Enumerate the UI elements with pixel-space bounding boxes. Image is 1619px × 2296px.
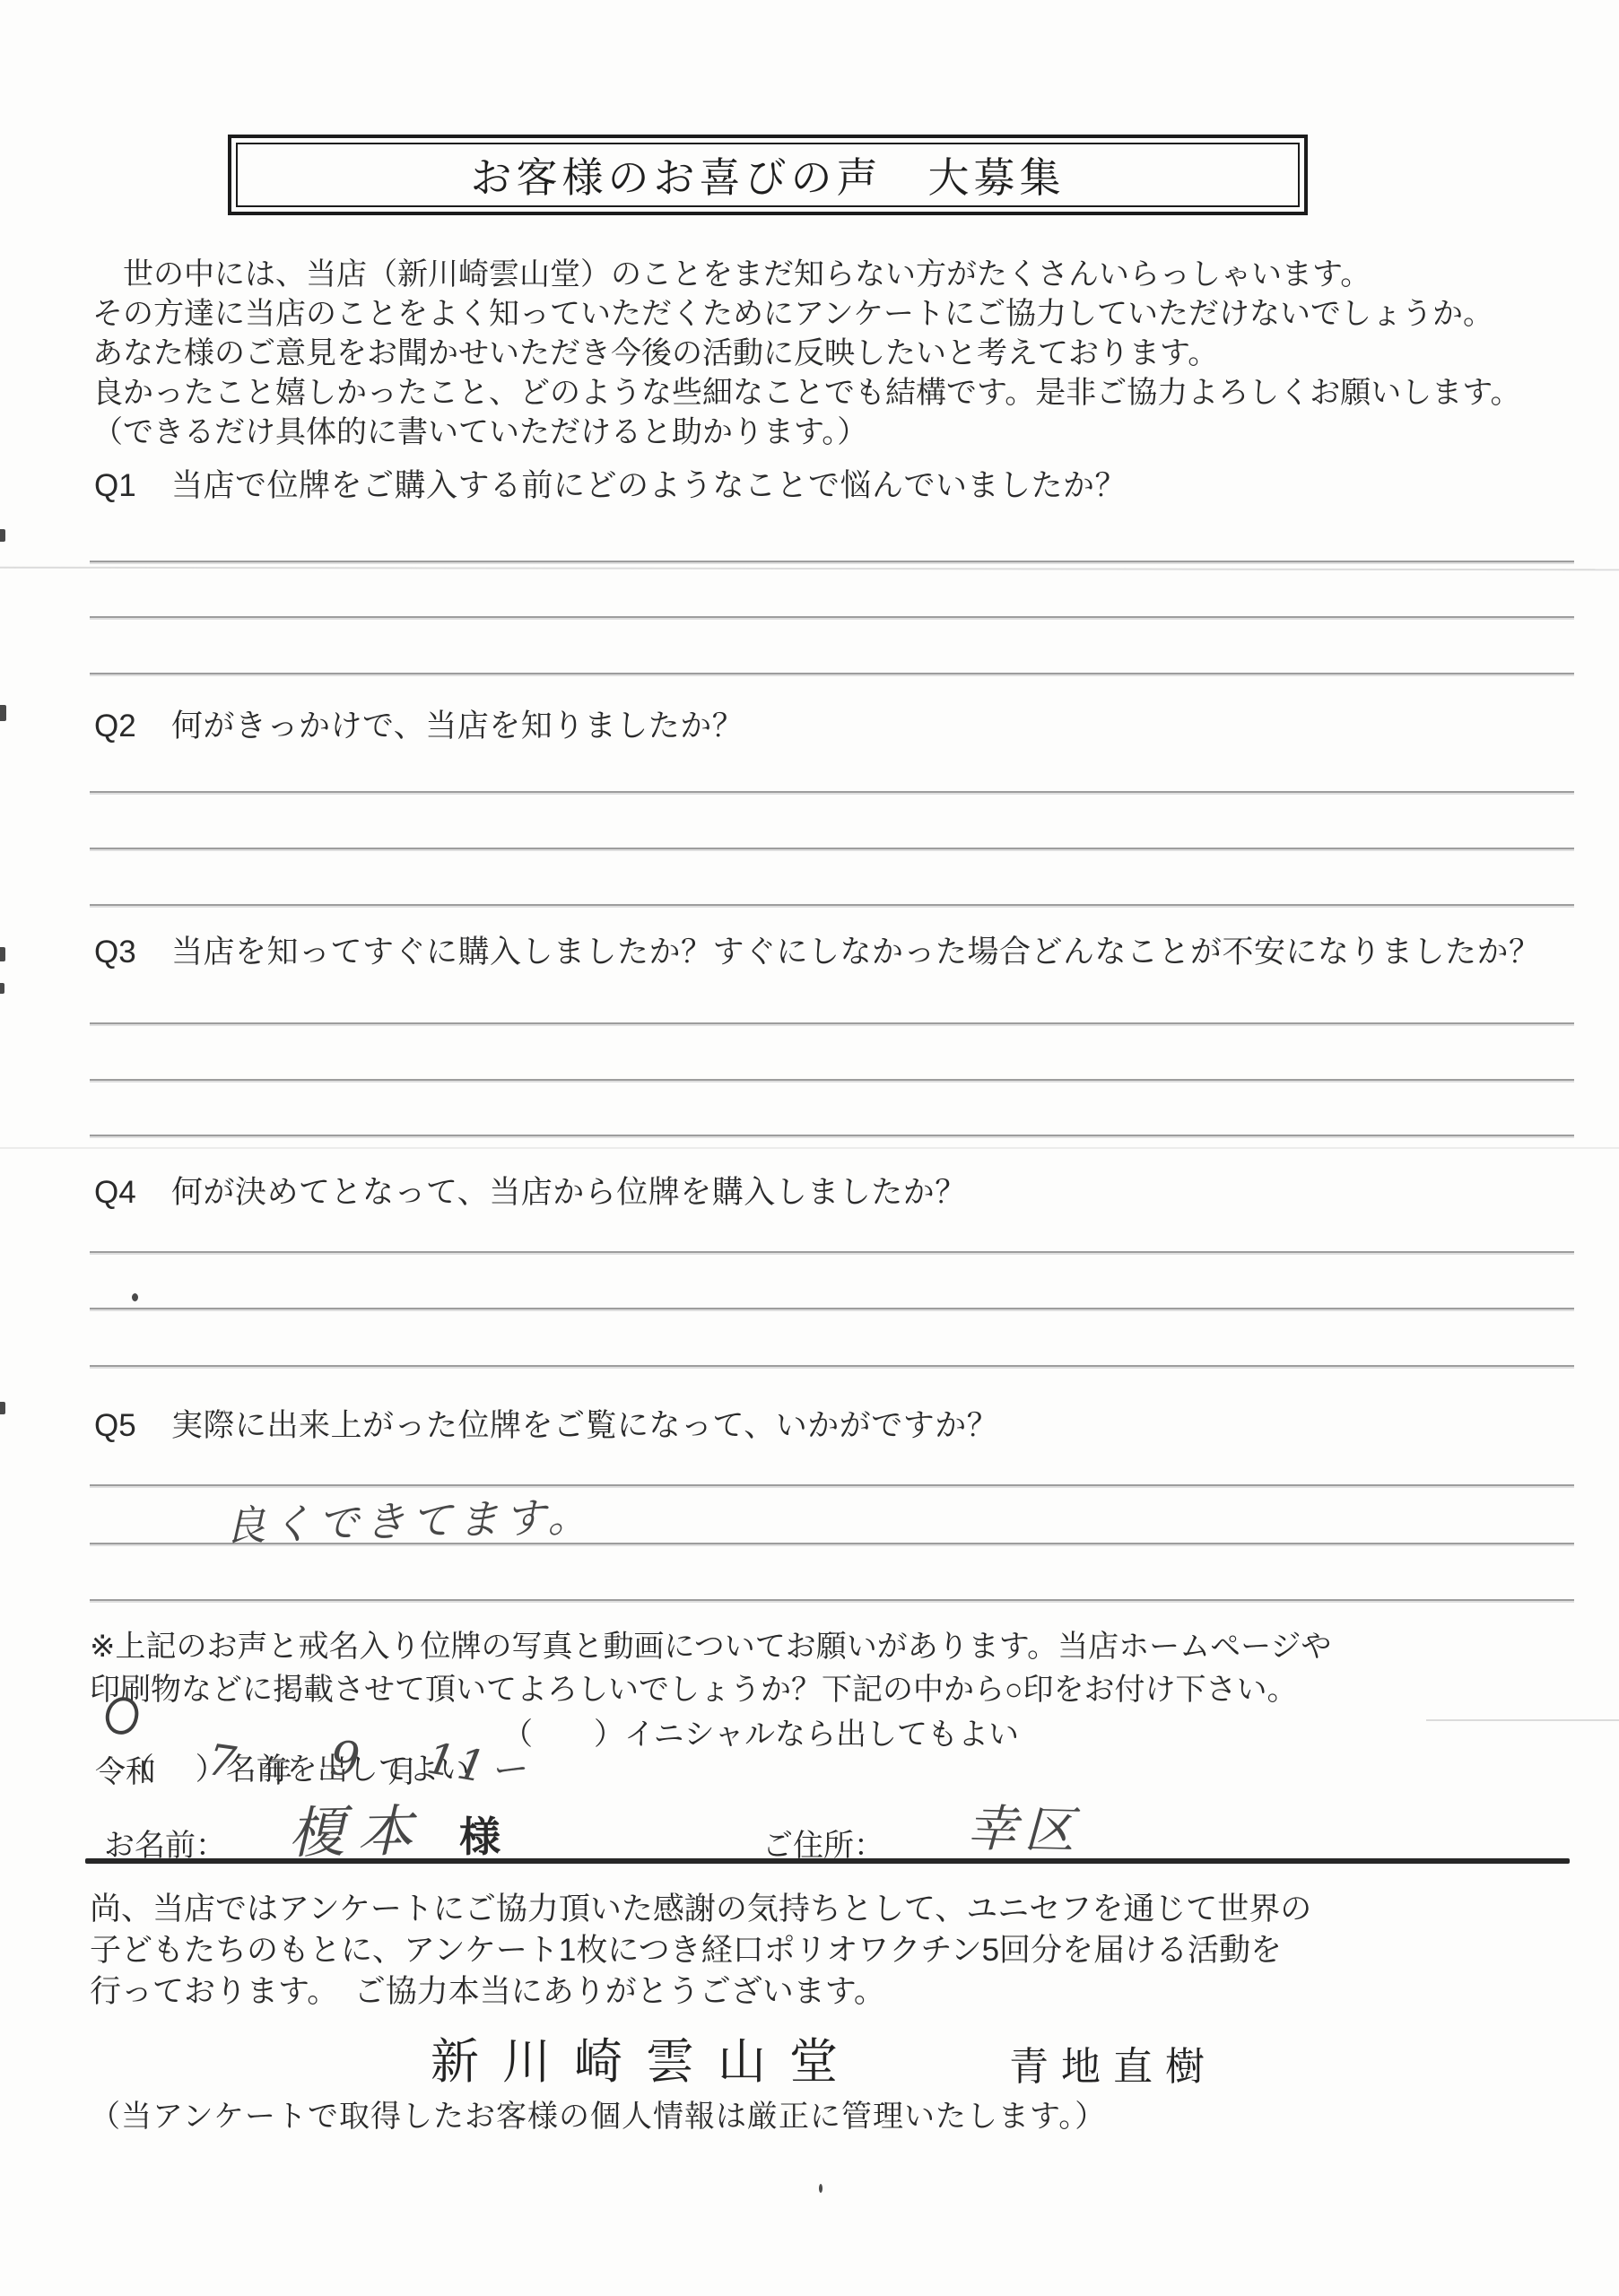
intro-line: 良かったこと嬉しかったこと、どのような些細なことでも結構です。是非ご協力よろしく… — [92, 373, 1581, 413]
question-label: Q3 — [94, 933, 171, 972]
question-text: 何がきっかけで、当店を知りましたか？ — [171, 707, 744, 746]
answer-rule-line — [90, 1484, 1574, 1486]
signature-divider-line — [85, 1858, 1570, 1864]
day-value-handwritten: 11 — [423, 1733, 493, 1793]
intro-line: その方達に当店のことをよく知っていただくためにアンケートにご協力していただけない… — [92, 294, 1581, 334]
question-label: Q1 — [94, 466, 171, 506]
question-row-q4: Q4 何が決めてとなって、当店から位牌を購入しましたか？ — [94, 1173, 967, 1213]
question-row-q2: Q2 何がきっかけで、当店を知りましたか？ — [94, 707, 744, 746]
scanned-survey-form: お客様のお喜びの声 大募集 世の中には、当店（新川崎雲山堂）のことをまだ知らない… — [0, 0, 1619, 2296]
question-label: Q2 — [94, 707, 171, 746]
answer-rule-line — [90, 904, 1574, 906]
privacy-note: （当アンケートで取得したお客様の個人情報は厳正に管理いたします。） — [90, 2092, 1106, 2135]
footer-line: 行っております。 ご協力本当にありがとうございます。 — [90, 1971, 1543, 2013]
answer-rule-line — [90, 1365, 1574, 1367]
shop-name: 新川崎雲山堂 — [431, 2023, 861, 2092]
question-text: 当店を知ってすぐに購入しましたか？すぐにしなかった場合どんなことが不安になりまし… — [171, 933, 1541, 972]
question-row-q1: Q1 当店で位牌をご購入する前にどのようなことで悩んでいましたか？ — [94, 466, 1127, 506]
answer-rule-line — [90, 616, 1574, 618]
name-value-handwritten: 榎本 — [288, 1787, 426, 1869]
intro-line: あなた様のご意見をお聞かせいただき今後の活動に反映したいと考えております。 — [92, 334, 1581, 373]
permission-note-line: 印刷物などに掲載させて頂いてよろしいでしょうか？下記の中から○印をお付け下さい。 — [90, 1668, 1543, 1711]
question-text: 当店で位牌をご購入する前にどのようなことで悩んでいましたか？ — [171, 466, 1127, 506]
intro-line: （できるだけ具体的に書いていただけると助かります。） — [92, 413, 1581, 452]
question-label: Q4 — [94, 1173, 171, 1213]
title-box: お客様のお喜びの声 大募集 — [228, 135, 1308, 215]
month-value-handwritten: 9 — [328, 1732, 361, 1787]
question-row-q3: Q3 当店を知ってすぐに購入しましたか？すぐにしなかった場合どんなことが不安にな… — [94, 933, 1541, 972]
month-label: 月 — [387, 1747, 418, 1791]
answer-rule-line — [90, 791, 1574, 793]
answer-rule-line — [90, 1308, 1574, 1309]
scan-edge-mark — [0, 705, 6, 721]
era-label: 令和 — [95, 1747, 156, 1791]
answer-rule-line — [90, 1599, 1574, 1601]
day-mark-handwritten: ー — [488, 1741, 527, 1795]
answer-rule-line — [90, 561, 1574, 562]
footer-line: 尚、当店ではアンケートにご協力頂いた感謝の気持ちとして、ユニセフを通じて世界の — [90, 1889, 1543, 1930]
scan-crease — [0, 567, 1619, 571]
scan-speck — [819, 2184, 823, 2193]
scan-edge-mark — [0, 1402, 5, 1414]
question-label: Q5 — [94, 1406, 171, 1446]
answer-rule-line — [90, 1022, 1574, 1024]
scan-crease — [0, 1147, 1619, 1149]
honorific-label: 様 — [459, 1805, 500, 1864]
answer-rule-line — [90, 848, 1574, 849]
answer-rule-line — [90, 1135, 1574, 1136]
question-row-q5: Q5 実際に出来上がった位牌をご覧になって、いかがですか？ — [94, 1406, 998, 1446]
page-title: お客様のお喜びの声 大募集 — [236, 143, 1300, 207]
scan-crease — [1426, 1719, 1619, 1721]
year-label: 年 — [262, 1747, 292, 1791]
owner-name: 青地直樹 — [1009, 2034, 1217, 2092]
option-initials-ok: （ ）イニシャルなら出してもよい — [502, 1709, 1019, 1753]
answer-rule-line — [90, 1079, 1574, 1081]
answer-rule-line — [90, 1251, 1574, 1253]
address-value-handwritten: 幸区 — [966, 1788, 1083, 1863]
scan-edge-mark — [0, 983, 4, 994]
footer-paragraph: 尚、当店ではアンケートにご協力頂いた感謝の気持ちとして、ユニセフを通じて世界の … — [90, 1889, 1543, 2013]
permission-note: ※上記のお声と戒名入り位牌の写真と動画についてお願いがあります。当店ホームページ… — [90, 1625, 1543, 1711]
intro-line: 世の中には、当店（新川崎雲山堂）のことをまだ知らない方がたくさんいらっしゃいます… — [92, 255, 1581, 294]
permission-note-line: ※上記のお声と戒名入り位牌の写真と動画についてお願いがあります。当店ホームページ… — [90, 1625, 1543, 1668]
handwritten-answer-q5: 良くできてます。 — [223, 1484, 595, 1553]
answer-rule-line — [90, 673, 1574, 674]
intro-paragraph: 世の中には、当店（新川崎雲山堂）のことをまだ知らない方がたくさんいらっしゃいます… — [92, 255, 1581, 452]
scan-edge-mark — [0, 529, 5, 542]
scan-speck — [132, 1293, 138, 1301]
scan-edge-mark — [0, 947, 5, 961]
footer-line: 子どもたちのもとに、アンケート1枚につき経口ポリオワクチン5回分を届ける活動を — [90, 1930, 1543, 1971]
question-text: 実際に出来上がった位牌をご覧になって、いかがですか？ — [171, 1406, 998, 1446]
question-text: 何が決めてとなって、当店から位牌を購入しましたか？ — [171, 1173, 967, 1213]
